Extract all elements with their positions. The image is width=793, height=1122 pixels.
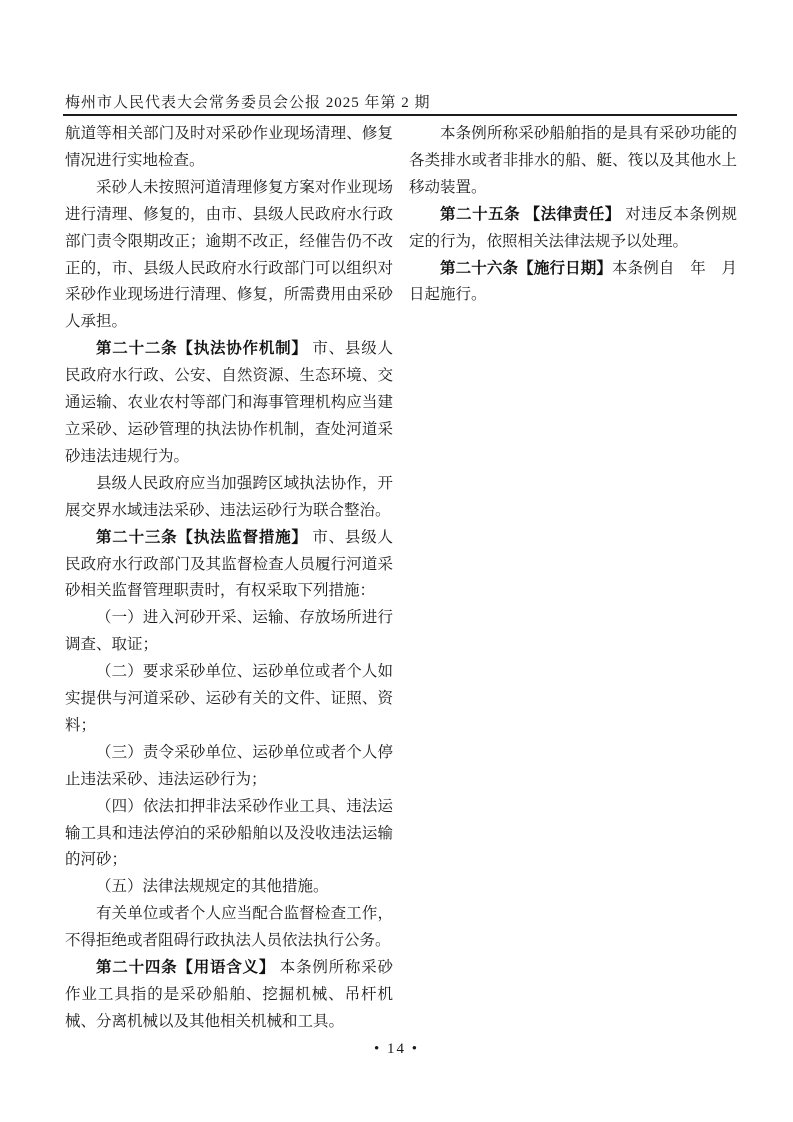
paragraph-item-2: （二）要求采砂单位、运砂单位或者个人如实提供与河道采砂、运砂有关的文件、证照、资…: [65, 659, 393, 740]
right-column: 本条例所称采砂船舶指的是具有采砂功能的各类排水或者非排水的船、艇、筏以及其他水上…: [409, 121, 737, 1036]
paragraph-text: 航道等相关部门及时对采砂作业现场清理、修复情况进行实地检查。: [65, 125, 393, 169]
header-rule: [63, 114, 737, 116]
paragraph-text: 市、县级人民政府水行政、公安、自然资源、生态环境、交通运输、农业农村等部门和海事…: [65, 340, 393, 465]
paragraph-text: （五）法律法规规定的其他措施。: [96, 878, 329, 895]
paragraph-text: （二）要求采砂单位、运砂单位或者个人如实提供与河道采砂、运砂有关的文件、证照、资…: [65, 663, 393, 734]
article-head: 第二十六条【施行日期】: [440, 260, 612, 277]
page-number: • 14 •: [0, 1041, 793, 1058]
article-head: 第二十五条 【法律责任】: [440, 206, 621, 223]
paragraph-item-1: （一）进入河砂开采、运输、存放场所进行调查、取证；: [65, 605, 393, 659]
paragraph-text: 有关单位或者个人应当配合监督检查工作，不得拒绝或者阻碍行政执法人员依法执行公务。: [65, 905, 393, 949]
paragraph-text: （三）责令采砂单位、运砂单位或者个人停止违法采砂、违法运砂行为；: [65, 744, 393, 788]
paragraph-text: （四）依法扣押非法采砂作业工具、违法运输工具和违法停泊的采砂船舶以及没收违法运输…: [65, 798, 393, 869]
paragraph-article-23: 第二十三条【执法监督措施】 市、县级人民政府水行政部门及其监督检查人员履行河道采…: [65, 525, 393, 606]
paragraph-text: 采砂人未按照河道清理修复方案对作业现场进行清理、修复的，由市、县级人民政府水行政…: [65, 179, 393, 331]
document-body: 航道等相关部门及时对采砂作业现场清理、修复情况进行实地检查。 采砂人未按照河道清…: [65, 121, 737, 1036]
page-header-title: 梅州市人民代表大会常务委员会公报 2025 年第 2 期: [65, 91, 737, 112]
paragraph-article-24: 第二十四条【用语含义】 本条例所称采砂作业工具指的是采砂船舶、挖掘机械、吊杆机械…: [65, 955, 393, 1036]
paragraph: 航道等相关部门及时对采砂作业现场清理、修复情况进行实地检查。: [65, 121, 393, 175]
article-head: 第二十四条【用语含义】: [96, 959, 275, 976]
paragraph: 县级人民政府应当加强跨区域执法协作，开展交界水域违法采砂、违法运砂行为联合整治。: [65, 471, 393, 525]
paragraph-text: 县级人民政府应当加强跨区域执法协作，开展交界水域违法采砂、违法运砂行为联合整治。: [65, 475, 393, 519]
paragraph-item-5: （五）法律法规规定的其他措施。: [65, 874, 393, 901]
paragraph: 采砂人未按照河道清理修复方案对作业现场进行清理、修复的，由市、县级人民政府水行政…: [65, 175, 393, 336]
paragraph-article-25: 第二十五条 【法律责任】 对违反本条例规定的行为，依照相关法律法规予以处理。: [409, 202, 737, 256]
paragraph-text: （一）进入河砂开采、运输、存放场所进行调查、取证；: [65, 609, 393, 653]
article-head: 第二十二条【执法协作机制】: [96, 340, 308, 357]
paragraph: 有关单位或者个人应当配合监督检查工作，不得拒绝或者阻碍行政执法人员依法执行公务。: [65, 901, 393, 955]
paragraph-item-4: （四）依法扣押非法采砂作业工具、违法运输工具和违法停泊的采砂船舶以及没收违法运输…: [65, 794, 393, 875]
paragraph: 本条例所称采砂船舶指的是具有采砂功能的各类排水或者非排水的船、艇、筏以及其他水上…: [409, 121, 737, 202]
left-column: 航道等相关部门及时对采砂作业现场清理、修复情况进行实地检查。 采砂人未按照河道清…: [65, 121, 393, 1036]
article-head: 第二十三条【执法监督措施】: [96, 529, 308, 546]
paragraph-article-26: 第二十六条【施行日期】本条例自 年 月 日起施行。: [409, 256, 737, 310]
paragraph-article-22: 第二十二条【执法协作机制】 市、县级人民政府水行政、公安、自然资源、生态环境、交…: [65, 336, 393, 471]
paragraph-item-3: （三）责令采砂单位、运砂单位或者个人停止违法采砂、违法运砂行为；: [65, 740, 393, 794]
paragraph-text: 本条例所称采砂船舶指的是具有采砂功能的各类排水或者非排水的船、艇、筏以及其他水上…: [409, 125, 737, 196]
document-page: 梅州市人民代表大会常务委员会公报 2025 年第 2 期 航道等相关部门及时对采…: [0, 0, 793, 1122]
